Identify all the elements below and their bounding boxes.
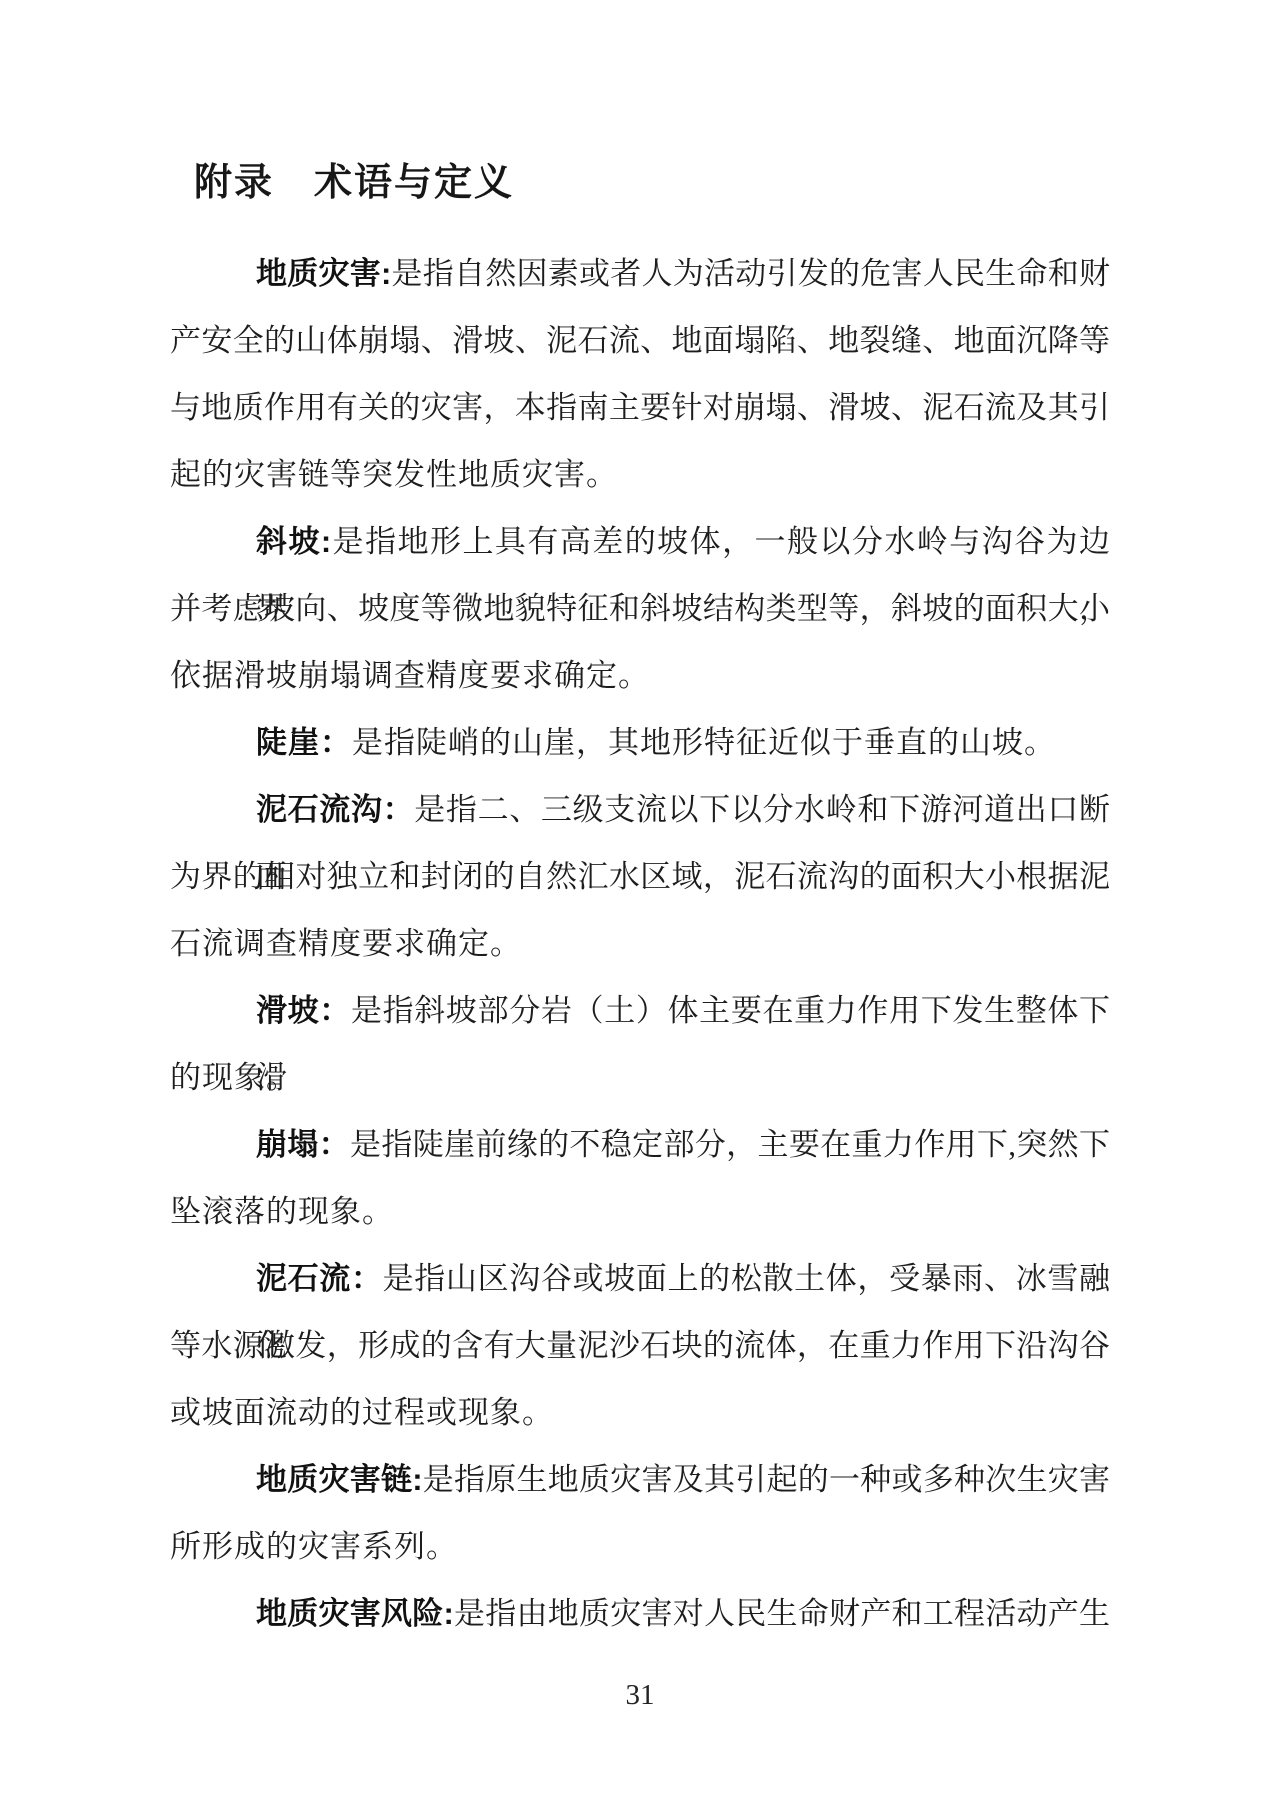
term-label: 地质灾害风险: [256,1596,454,1631]
text-line: 坠滚落的现象。 [170,1178,1110,1245]
text-line: 或坡面流动的过程或现象。 [170,1379,1110,1446]
term-label: 陡崖： [256,725,352,760]
text-line: 斜坡:是指地形上具有高差的坡体，一般以分水岭与沟谷为边界， [170,508,1110,575]
text-line: 地质灾害链:是指原生地质灾害及其引起的一种或多种次生灾害 [170,1446,1110,1513]
text-line: 陡崖：是指陡峭的山崖，其地形特征近似于垂直的山坡。 [170,709,1110,776]
text-line: 的现象。 [170,1044,1110,1111]
definition-text: 是指陡崖前缘的不稳定部分，主要在重力作用下,突然下 [350,1127,1110,1162]
text-line: 并考虑坡向、坡度等微地貌特征和斜坡结构类型等，斜坡的面积大小 [170,575,1110,642]
definition-text: 所形成的灾害系列。 [170,1529,458,1564]
definition-text: 是指由地质灾害对人民生命财产和工程活动产生 [454,1596,1110,1631]
page-number: 31 [0,1678,1280,1712]
text-line: 依据滑坡崩塌调查精度要求确定。 [170,642,1110,709]
text-line: 产安全的山体崩塌、滑坡、泥石流、地面塌陷、地裂缝、地面沉降等 [170,307,1110,374]
definition-text: 等水源激发，形成的含有大量泥沙石块的流体，在重力作用下沿沟谷 [170,1328,1110,1363]
definition-text: 石流调查精度要求确定。 [170,926,522,961]
text-line: 所形成的灾害系列。 [170,1513,1110,1580]
text-line: 地质灾害风险:是指由地质灾害对人民生命财产和工程活动产生 [170,1580,1110,1647]
text-line: 崩塌：是指陡崖前缘的不稳定部分，主要在重力作用下,突然下 [170,1111,1110,1178]
text-line: 等水源激发，形成的含有大量泥沙石块的流体，在重力作用下沿沟谷 [170,1312,1110,1379]
definition-text: 或坡面流动的过程或现象。 [170,1395,554,1430]
text-line: 与地质作用有关的灾害，本指南主要针对崩塌、滑坡、泥石流及其引 [170,374,1110,441]
text-line: 起的灾害链等突发性地质灾害。 [170,441,1110,508]
definition-text: 坠滚落的现象。 [170,1194,394,1229]
term-label: 地质灾害: [256,256,391,291]
document-body: 地质灾害:是指自然因素或者人为活动引发的危害人民生命和财 产安全的山体崩塌、滑坡… [170,240,1110,1647]
definition-text: 起的灾害链等突发性地质灾害。 [170,457,618,492]
definition-text: 与地质作用有关的灾害，本指南主要针对崩塌、滑坡、泥石流及其引 [170,390,1110,425]
document-title: 附录 术语与定义 [194,160,514,206]
term-label: 滑坡： [256,993,351,1028]
definition-text: 是指自然因素或者人为活动引发的危害人民生命和财 [391,256,1110,291]
term-label: 地质灾害链: [256,1462,423,1497]
text-line: 石流调查精度要求确定。 [170,910,1110,977]
definition-text: 依据滑坡崩塌调查精度要求确定。 [170,658,650,693]
definition-text: 是指陡峭的山崖，其地形特征近似于垂直的山坡。 [352,725,1056,760]
term-label: 崩塌： [256,1127,350,1162]
text-line: 泥石流沟：是指二、三级支流以下以分水岭和下游河道出口断面 [170,776,1110,843]
definition-text: 并考虑坡向、坡度等微地貌特征和斜坡结构类型等，斜坡的面积大小 [170,591,1110,626]
definition-text: 的现象。 [170,1060,298,1095]
definition-text: 为界的相对独立和封闭的自然汇水区域，泥石流沟的面积大小根据泥 [170,859,1110,894]
term-label: 泥石流沟： [256,792,414,827]
text-line: 滑坡：是指斜坡部分岩（土）体主要在重力作用下发生整体下滑 [170,977,1110,1044]
term-label: 泥石流： [256,1261,383,1296]
definition-text: 产安全的山体崩塌、滑坡、泥石流、地面塌陷、地裂缝、地面沉降等 [170,323,1110,358]
term-label: 斜坡: [256,524,331,559]
page: 附录 术语与定义 地质灾害:是指自然因素或者人为活动引发的危害人民生命和财 产安… [0,0,1280,1810]
text-line: 为界的相对独立和封闭的自然汇水区域，泥石流沟的面积大小根据泥 [170,843,1110,910]
text-line: 地质灾害:是指自然因素或者人为活动引发的危害人民生命和财 [170,240,1110,307]
text-line: 泥石流：是指山区沟谷或坡面上的松散土体，受暴雨、冰雪融化 [170,1245,1110,1312]
definition-text: 是指原生地质灾害及其引起的一种或多种次生灾害 [423,1462,1110,1497]
